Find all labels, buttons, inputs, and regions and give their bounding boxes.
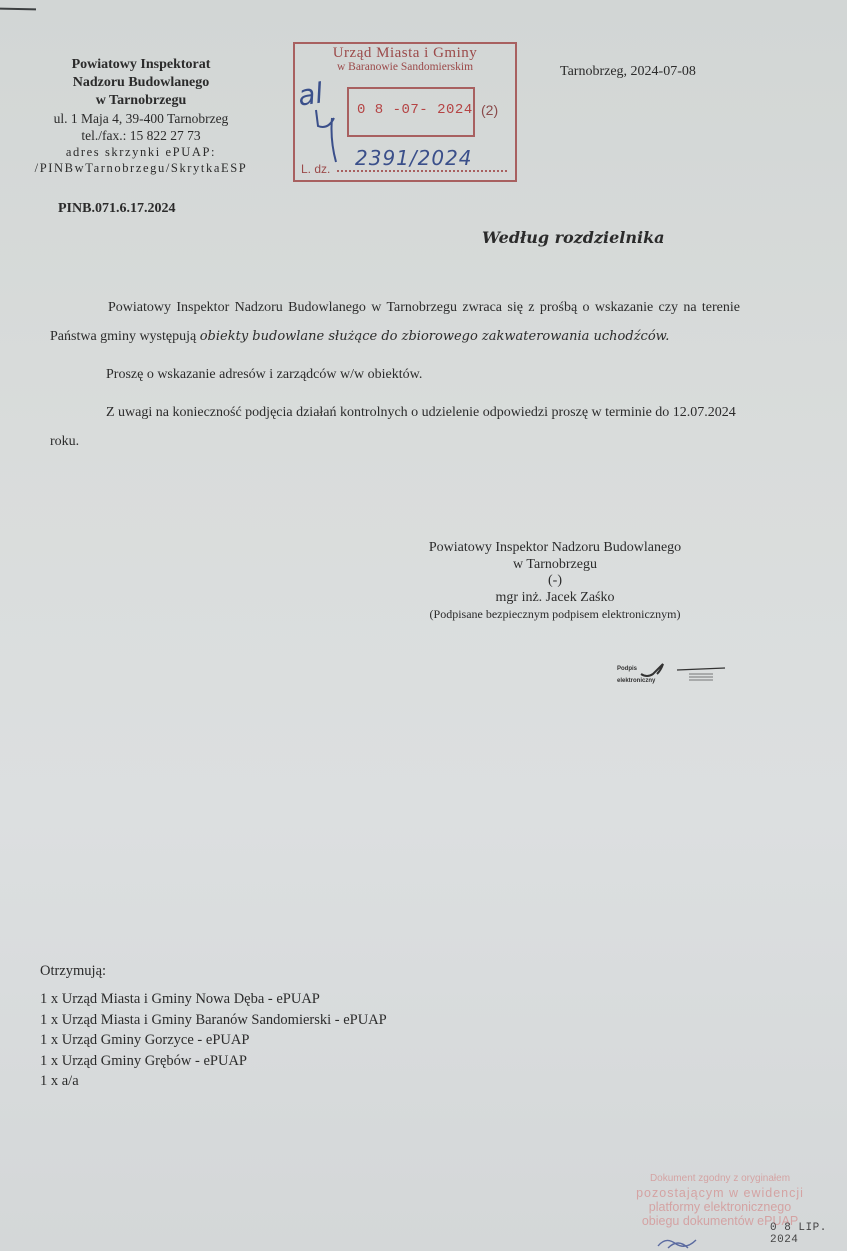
stamp-date-box: 0 8 -07- 2024 [347,87,475,137]
sender-address: ul. 1 Maja 4, 39-400 Tarnobrzeg [0,110,282,127]
place-and-date: Tarnobrzeg, 2024-07-08 [560,64,696,80]
handwritten-register-number: 2391/2024 [355,146,473,170]
signature-note: (Podpisane bezpiecznym podpisem elektron… [370,606,740,623]
svg-text:elektroniczny: elektroniczny [617,678,656,684]
body-paragraph-1-italic: obiekty budowlane służące do zbiorowego … [200,329,670,344]
sender-block: Powiatowy Inspektorat Nadzoru Budowlaneg… [0,56,282,176]
svg-text:Podpis: Podpis [617,666,638,672]
handwritten-signature-icon [656,1236,700,1251]
conformity-line-1: Dokument zgodny z oryginałem [605,1172,835,1186]
stamp-subtitle: w Baranowie Sandomierskim [295,61,515,73]
body-paragraph-3: Z uwagi na konieczność podjęcia działań … [50,398,740,456]
electronic-signature-icon: Podpis elektroniczny [617,660,727,688]
sender-epuap-box: /PINBwTarnobrzegu/SkrytkaESP [0,160,282,176]
letter-body: Powiatowy Inspektor Nadzoru Budowlanego … [50,293,740,456]
stamp-title: Urząd Miasta i Gminy [295,46,515,61]
recipient-item: 1 x Urząd Miasta i Gminy Baranów Sandomi… [40,1010,387,1031]
sender-name-line: Powiatowy Inspektorat [0,56,282,74]
reference-number: PINB.071.6.17.2024 [58,201,175,217]
conformity-date-stamp: 0 8 LIP. 2024 [770,1222,847,1246]
conformity-stamp: Dokument zgodny z oryginałem pozostający… [605,1172,835,1228]
recipient-item: 1 x Urząd Miasta i Gminy Nowa Dęba - ePU… [40,989,387,1010]
sender-epuap-label: adres skrzynki ePUAP: [0,144,282,160]
sender-name-line: Nadzoru Budowlanego [0,74,282,92]
recipient-item: 1 x Urząd Gminy Gorzyce - ePUAP [40,1030,387,1051]
signature-mark: (-) [370,573,740,590]
body-paragraph-2: Proszę o wskazanie adresów i zarządców w… [50,360,740,389]
paper-edge-mark [0,8,36,11]
body-paragraph-1: Powiatowy Inspektor Nadzoru Budowlanego … [50,293,740,351]
sender-phone: tel./fax.: 15 822 27 73 [0,127,282,144]
signature-location: w Tarnobrzegu [370,557,740,574]
stamp-dotted-line [337,170,507,172]
conformity-line-3: platformy elektronicznego [605,1200,835,1214]
recipients-heading: Otrzymują: [40,963,387,980]
recipient-item: 1 x a/a [40,1071,387,1092]
signature-block: Powiatowy Inspektor Nadzoru Budowlanego … [370,540,740,623]
recipients-list: Otrzymują: 1 x Urząd Miasta i Gminy Nowa… [40,963,387,1092]
handwritten-stroke-icon [312,106,342,166]
signatory-name: mgr inż. Jacek Zaśko [370,590,740,607]
recipient-item: 1 x Urząd Gminy Grębów - ePUAP [40,1051,387,1072]
stamp-copies: (2) [481,102,498,118]
conformity-line-2: pozostającym w ewidencji [605,1186,835,1200]
stamp-date: 0 8 -07- 2024 [357,102,473,118]
signature-title: Powiatowy Inspektor Nadzoru Budowlanego [370,540,740,557]
addressee: Według rozdzielnika [482,228,665,247]
sender-name-line: w Tarnobrzegu [0,92,282,110]
